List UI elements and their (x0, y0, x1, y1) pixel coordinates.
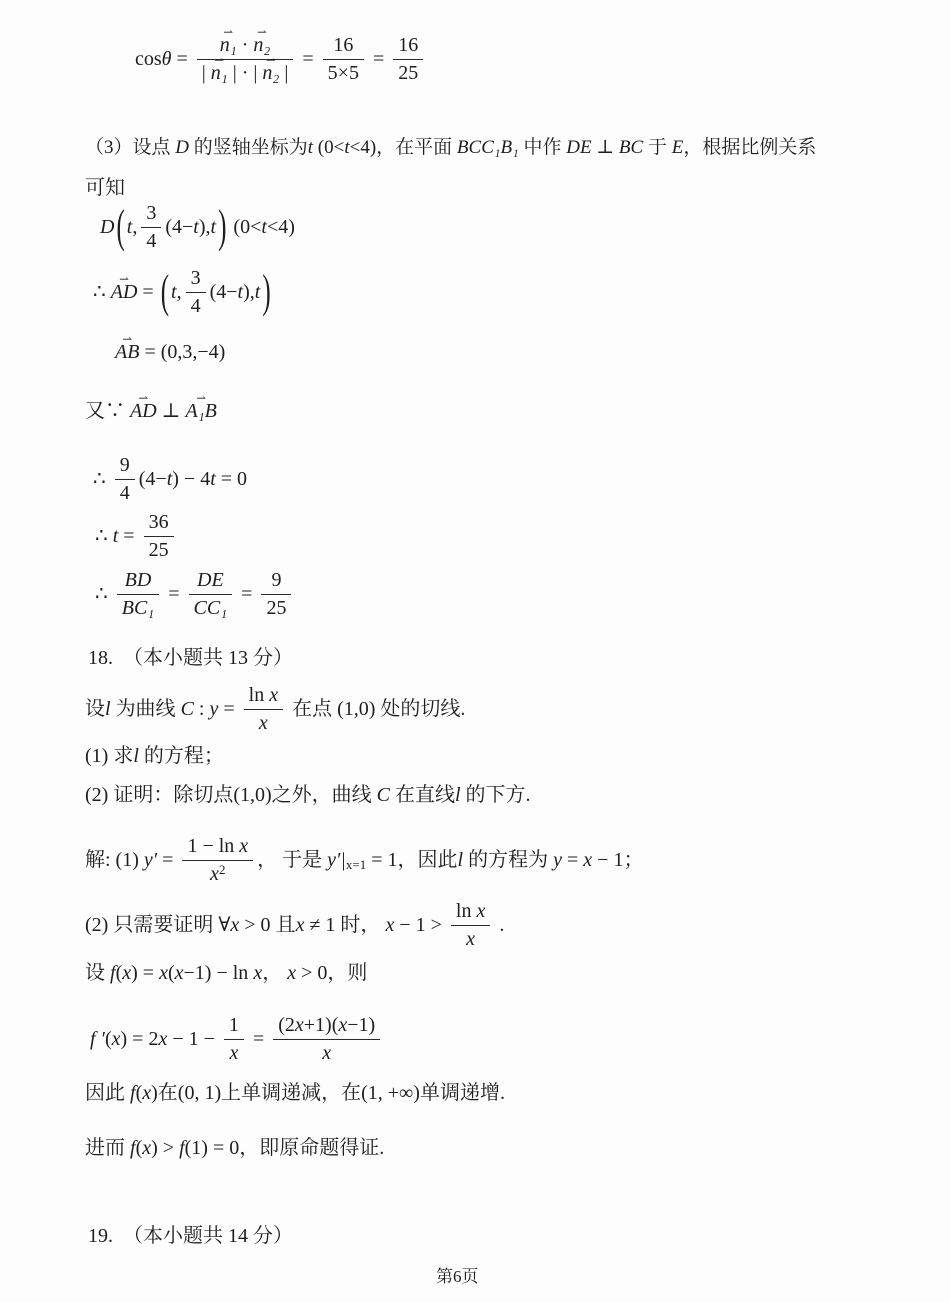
formula-vector-ad: ∴ ⇀AD = (t,34(4−t),t) (93, 266, 273, 319)
q18-monotonic: 因此 f(x)在(0, 1)上单调递减，在(1, +∞)单调递增. (85, 1081, 505, 1106)
vector-arrow-icon: ⇀ (214, 54, 224, 68)
q18-fx-derivative: f ′(x) = 2x − 1 − 1x = (2x+1)(x−1)x (90, 1013, 384, 1066)
formula-point-d: D(t,34(4−t),t) (0<t<4) (100, 201, 295, 254)
q18-part1: (1) 求l 的方程； (85, 744, 224, 769)
vector-arrow-icon: ⇀ (122, 333, 132, 347)
document-page: cosθ = ⇀n₁ · ⇀n₂| ⇀n₁ | · | ⇀n₂ | = 165×… (0, 0, 950, 1302)
para-part3: （3）设点 D 的竖轴坐标为t (0<t<4)，在平面 BCC₁B₁ 中作 DE… (85, 136, 816, 160)
formula-perpendicular: 又∵ ⇀AD ⊥ ⇀A₁B (85, 399, 217, 424)
vector-arrow-icon: ⇀ (138, 392, 148, 406)
q18-solution-part1: 解: (1) y′ = 1 − ln xx2， 于是 y′|x=1 = 1，因此… (85, 834, 643, 887)
formula-vector-ab: ⇀AB = (0,3,−4) (115, 340, 225, 365)
formula-equation: ∴ 94(4−t) − 4t = 0 (93, 453, 247, 506)
vector-arrow-icon: ⇀ (119, 273, 129, 287)
q18-solution-part2: (2) 只需要证明 ∀x > 0 且x ≠ 1 时， x − 1 > ln xx… (85, 899, 504, 952)
q18-header: 18. （本小题共 13 分） (88, 646, 293, 671)
q18-part2: (2) 证明：除切点(1,0)之外，曲线 C 在直线l 的下方. (85, 783, 531, 808)
q18-conclusion: 进而 f(x) > f(1) = 0，即原命题得证. (85, 1136, 384, 1161)
vector-arrow-icon: ⇀ (266, 54, 276, 68)
vector-arrow-icon: ⇀ (196, 392, 206, 406)
q18-fx-definition: 设 f(x) = x(x−1) − ln x， x > 0，则 (85, 961, 367, 986)
formula-t-value: ∴ t = 3625 (95, 510, 178, 563)
q18-problem: 设l 为曲线 C : y = ln xx 在点 (1,0) 处的切线. (85, 683, 465, 736)
vector-arrow-icon: ⇀ (257, 26, 267, 40)
q19-header: 19. （本小题共 14 分） (88, 1224, 293, 1249)
vector-arrow-icon: ⇀ (223, 26, 233, 40)
text-kezhi: 可知 (85, 176, 125, 201)
formula-ratio: ∴ BDBC₁ = DECC₁ = 925 (95, 568, 295, 621)
page-footer: 第6页 (436, 1262, 479, 1287)
formula-cos-theta: cosθ = ⇀n₁ · ⇀n₂| ⇀n₁ | · | ⇀n₂ | = 165×… (135, 33, 427, 86)
